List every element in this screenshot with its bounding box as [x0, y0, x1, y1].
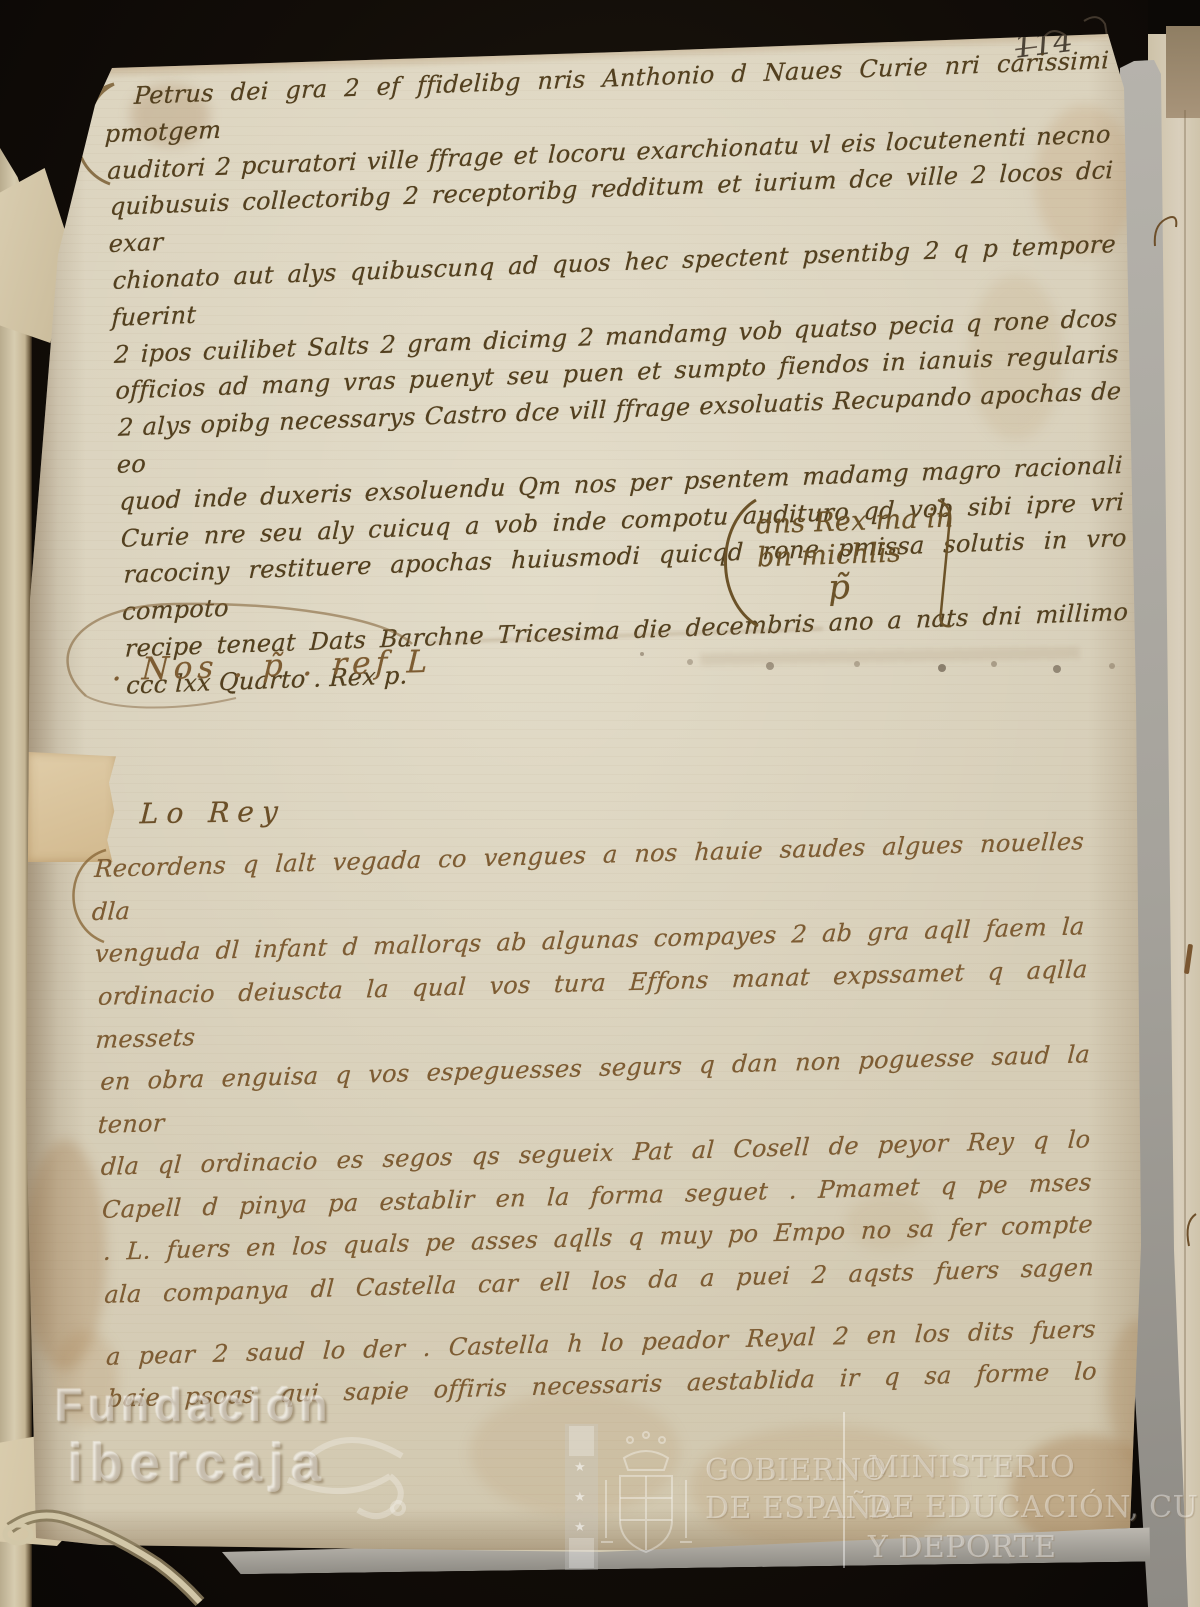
- watermark-fundacion: Fundación: [55, 1378, 333, 1432]
- star-icon: ★: [574, 1520, 586, 1535]
- star-icon: ★: [574, 1490, 586, 1505]
- ink-specks: [640, 652, 644, 656]
- manuscript-page: — 114 Petrus dei gra 2 ef ffidelibg nris…: [0, 0, 1200, 1607]
- star-icon: ★: [574, 1460, 586, 1475]
- manuscript-photo: — 114 Petrus dei gra 2 ef ffidelibg nris…: [0, 0, 1200, 1607]
- watermark-divider: [843, 1412, 845, 1568]
- left-page-fore-edge: [0, 148, 32, 1607]
- ibercaja-logo-icon: [282, 1428, 412, 1523]
- ministerio-line: MINISTERIO: [868, 1448, 1200, 1488]
- catalan-letter: Recordens q lalt vegada co vengues a nos…: [92, 820, 1098, 1420]
- flag-cap: [569, 1426, 594, 1456]
- watermark-ministerio: MINISTERIO DE EDUCACIÓN, CULTURA Y DEPOR…: [868, 1448, 1200, 1568]
- right-page-crease: [1184, 110, 1186, 1607]
- heading-lo-rey: Lo Rey: [139, 795, 287, 831]
- right-page-recess: [1166, 26, 1200, 118]
- gobierno-line: GOBIERNO: [705, 1452, 894, 1490]
- repair-patch: [28, 752, 116, 862]
- ministerio-line: Y DEPORTE: [868, 1528, 1200, 1568]
- signature-flourish: p̃: [828, 568, 957, 605]
- spain-coat-of-arms-icon: [598, 1428, 694, 1568]
- watermark-gobierno: GOBIERNO DE ESPAÑA: [705, 1452, 894, 1528]
- flag-strip-icon: ★ ★ ★: [565, 1424, 598, 1570]
- gobierno-line: DE ESPAÑA: [705, 1490, 894, 1528]
- chancery-signature: dns Rex ma in bn michlis p̃: [755, 502, 956, 608]
- ministerio-line: DE EDUCACIÓN, CULTURA: [868, 1488, 1200, 1528]
- flag-cap: [569, 1538, 594, 1568]
- binding-thread: [0, 1492, 210, 1607]
